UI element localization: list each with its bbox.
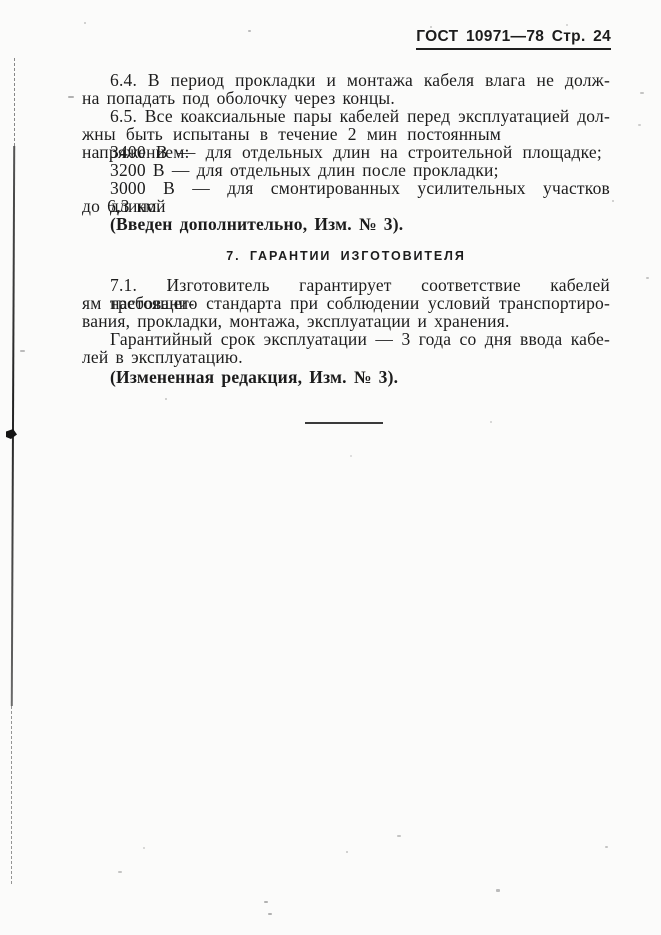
text-line: 6.4. В период прокладки и монтажа кабеля… bbox=[82, 71, 610, 89]
scan-artifact-blob bbox=[6, 429, 17, 439]
scan-artifact-line bbox=[11, 706, 12, 884]
scan-speck bbox=[165, 398, 167, 400]
text-line: вания, прокладки, монтажа, эксплуатации … bbox=[82, 312, 610, 330]
text-line: 3400 В — для отдельных длин на строитель… bbox=[82, 143, 610, 161]
text-line: 3200 В — для отдельных длин после прокла… bbox=[82, 161, 610, 179]
text-line: 6.5. Все коаксиальные пары кабелей перед… bbox=[82, 107, 610, 125]
scan-speck bbox=[118, 871, 122, 873]
scan-speck bbox=[397, 835, 401, 837]
scan-speck bbox=[268, 913, 272, 915]
scan-speck bbox=[566, 24, 568, 26]
scan-speck bbox=[20, 350, 25, 352]
text-line: до 6,3 км. bbox=[82, 197, 610, 215]
text-line: (Измененная редакция, Изм. № 3). bbox=[82, 368, 610, 386]
scan-artifact-line bbox=[11, 146, 15, 706]
scan-speck bbox=[346, 851, 348, 853]
end-of-text-divider bbox=[305, 422, 383, 424]
scanned-document-page: ГОСТ 10971—78 Стр. 24 6.4. В период прок… bbox=[0, 0, 661, 935]
scan-speck bbox=[605, 846, 608, 848]
scan-speck bbox=[490, 421, 492, 423]
scan-speck bbox=[130, 378, 132, 380]
page-header: ГОСТ 10971—78 Стр. 24 bbox=[416, 28, 611, 50]
scan-speck bbox=[264, 901, 268, 903]
scan-speck bbox=[638, 124, 641, 126]
scan-speck bbox=[248, 30, 251, 32]
scan-speck bbox=[640, 92, 644, 94]
document-body: 6.4. В период прокладки и монтажа кабеля… bbox=[82, 71, 610, 386]
text-line: Гарантийный срок эксплуатации — 3 года с… bbox=[82, 330, 610, 348]
text-line: на попадать под оболочку через концы. bbox=[82, 89, 610, 107]
text-line: жны быть испытаны в течение 2 мин постоя… bbox=[82, 125, 610, 143]
text-line: лей в эксплуатацию. bbox=[82, 348, 610, 366]
text-line: 3000 В — для смонтированных усилительных… bbox=[82, 179, 610, 197]
scan-speck bbox=[84, 22, 86, 24]
text-line: ям настоящего стандарта при соблюдении у… bbox=[82, 294, 610, 312]
section-heading: 7. ГАРАНТИИ ИЗГОТОВИТЕЛЯ bbox=[82, 247, 610, 265]
scan-speck bbox=[496, 889, 500, 892]
scan-speck bbox=[143, 847, 145, 849]
text-line: (Введен дополнительно, Изм. № 3). bbox=[82, 215, 610, 233]
scan-speck bbox=[68, 96, 74, 98]
scan-speck bbox=[612, 200, 614, 202]
scan-speck bbox=[646, 277, 649, 279]
text-line: 7.1. Изготовитель гарантирует соответств… bbox=[82, 276, 610, 294]
scan-artifact-line bbox=[14, 58, 15, 146]
scan-speck bbox=[350, 455, 352, 457]
scan-speck bbox=[430, 26, 432, 28]
